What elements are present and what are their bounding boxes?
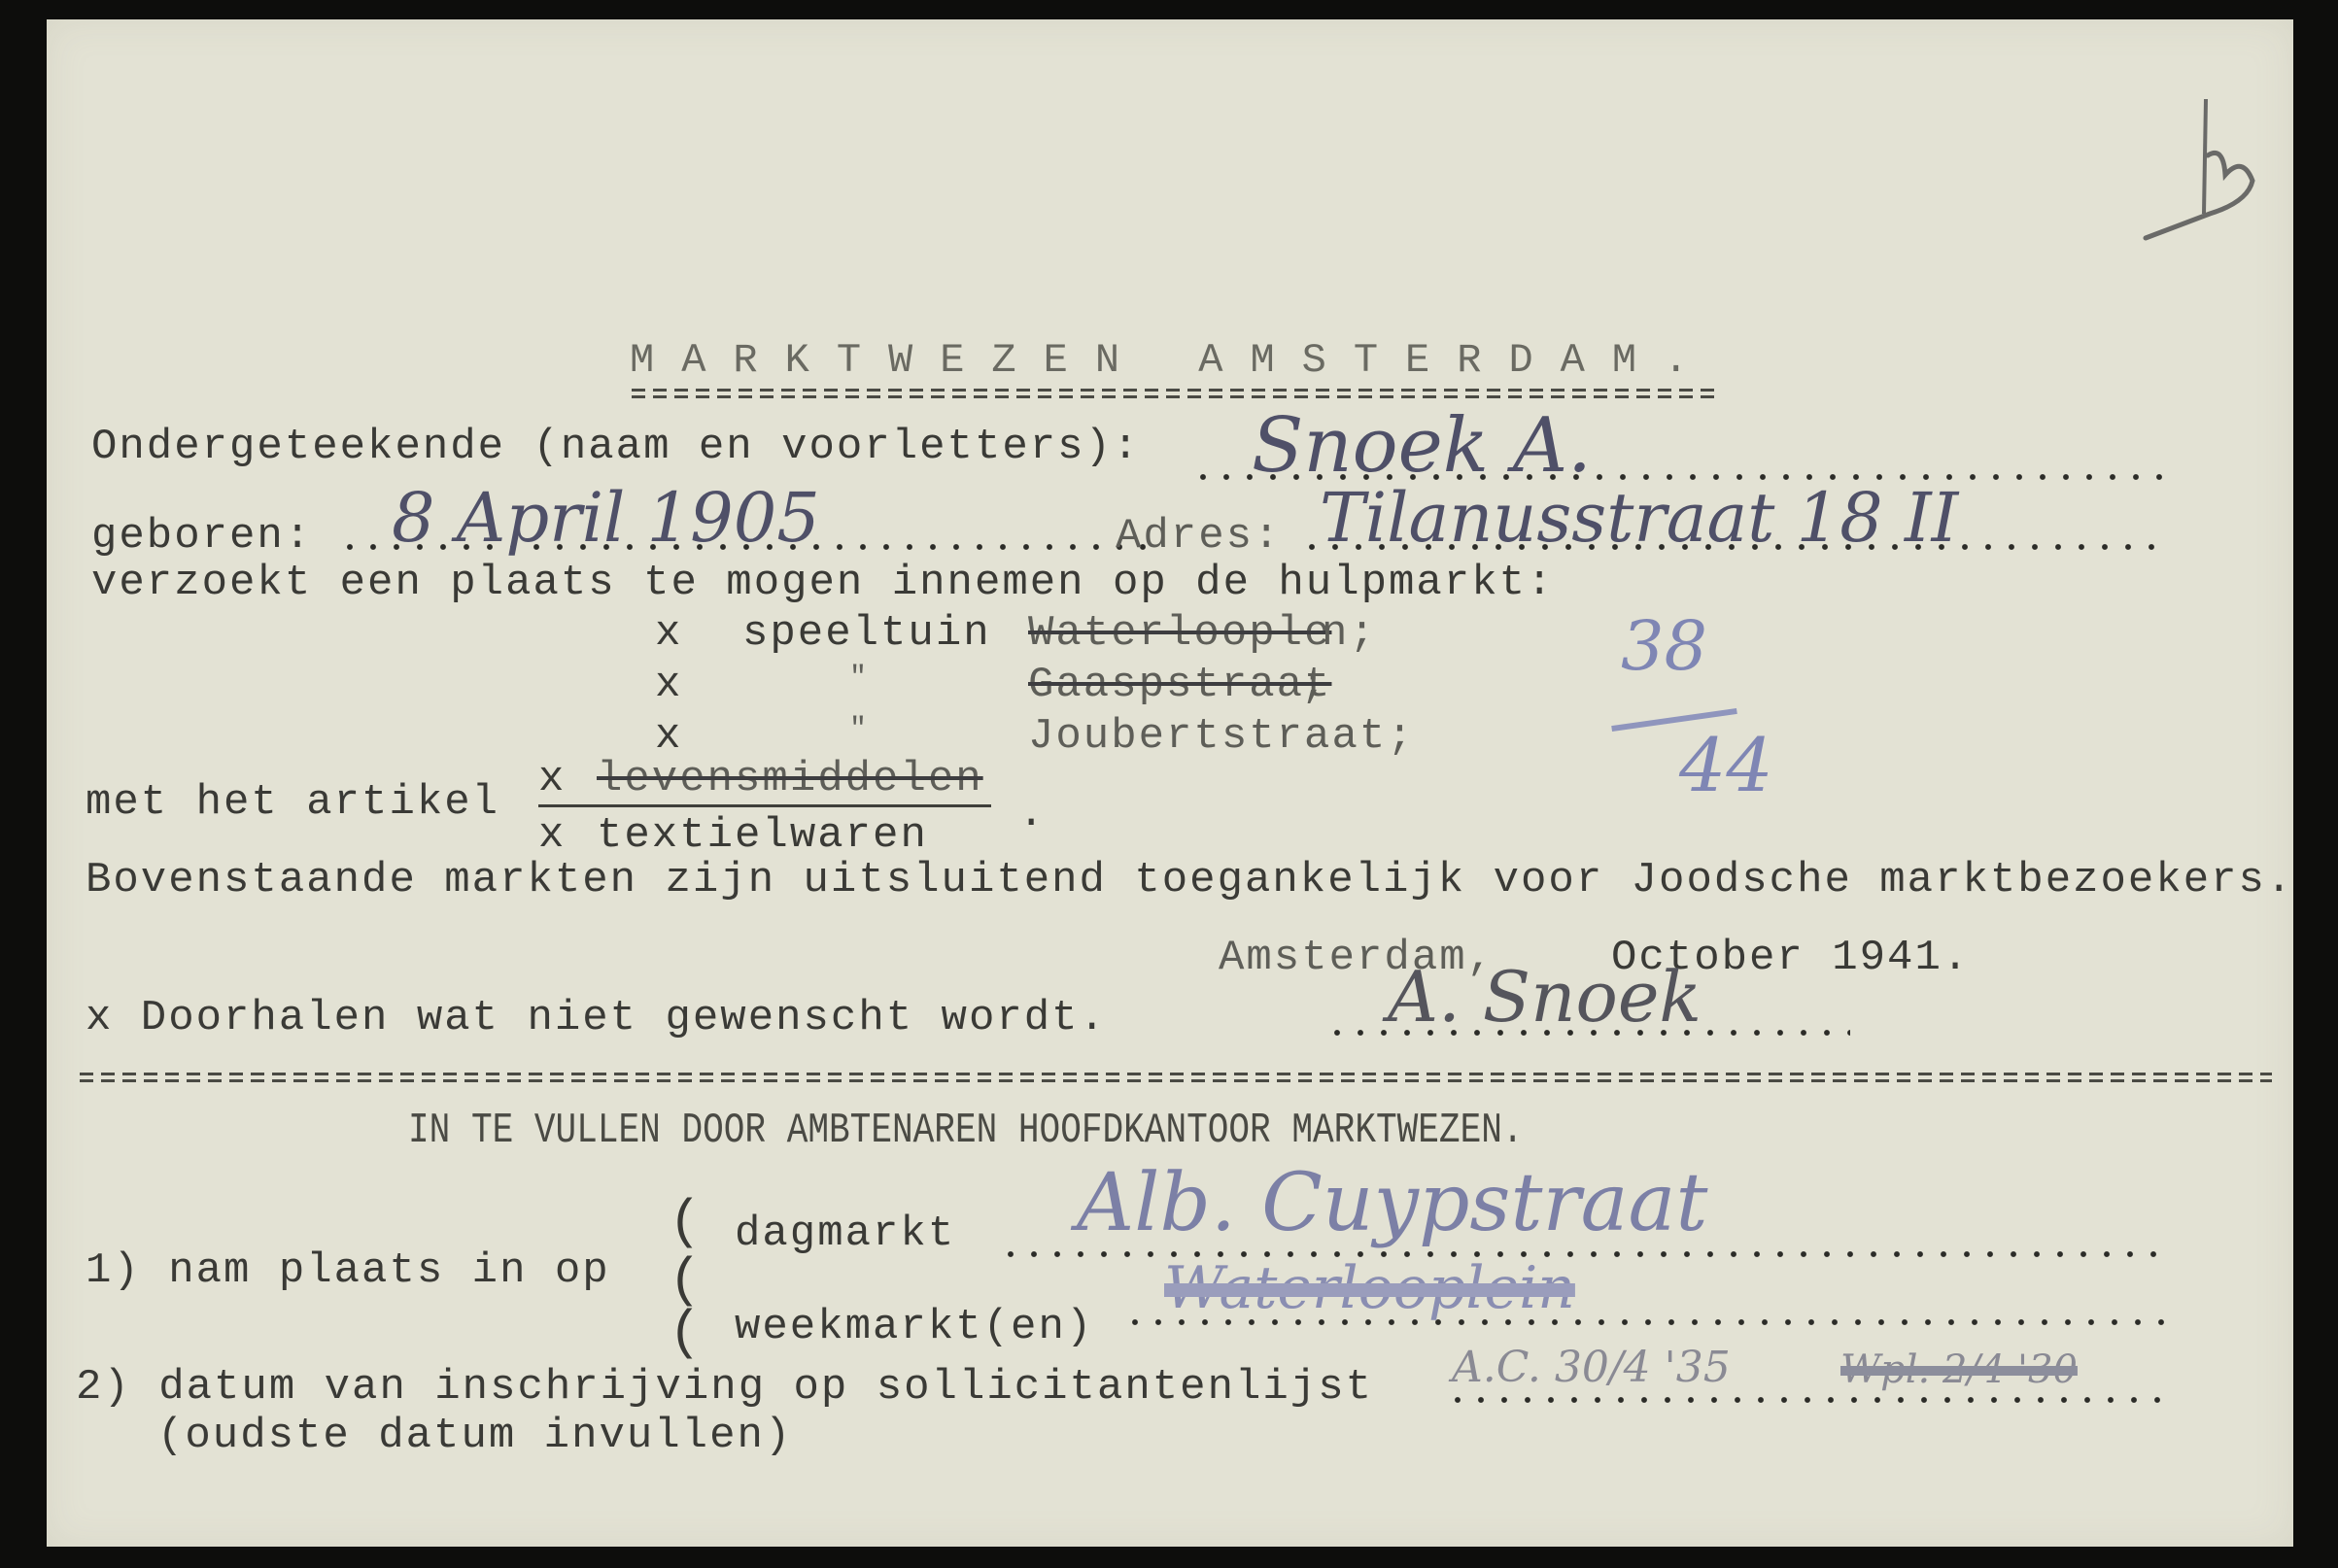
item2-sublabel: (oudste datum invullen) [157,1415,792,1457]
birth-label: geboren: [91,515,312,558]
name-value[interactable]: Snoek A. [1252,408,1592,484]
dagmarkt-value[interactable]: Alb. Cuypstraat [1077,1164,1707,1244]
address-label: Adres: [1116,515,1281,558]
item2-dotted-line [1446,1397,2165,1403]
article-option-mark[interactable]: x [538,814,566,857]
page-title: MARKTWEZEN AMSTERDAM. [630,340,1715,381]
market-application-card: MARKTWEZEN AMSTERDAM. Ondergeteekende (n… [47,19,2293,1547]
item1-label: 1) nam plaats in op [86,1249,610,1292]
section-divider [80,1071,2272,1084]
market-mark[interactable]: x [655,612,682,655]
signature[interactable]: A. Snoek [1388,962,1702,1032]
margin-note-bottom: 44 [1679,729,1773,802]
article-end: . [1018,793,1046,835]
birth-value[interactable]: 8 April 1905 [392,484,820,552]
margin-note-top: 38 [1621,612,1707,680]
title-underline [632,387,1718,400]
dagmarkt-label: dagmarkt [735,1212,955,1255]
ditto-mark: " [849,664,869,693]
notice-text: Bovenstaande markten zijn uitsluitend to… [86,859,2293,902]
official-section-header: IN TE VULLEN DOOR AMBTENAREN HOOFDKANTOO… [408,1109,1524,1152]
brace: ( [669,1191,702,1253]
handwritten-corner-mark-icon [2116,87,2272,243]
strike-instruction: x Doorhalen wat niet gewenscht wordt. [86,997,1107,1040]
article-option-selected: textielwaren [597,814,928,857]
market-suffix: n; [1322,612,1377,655]
brace: ( [669,1302,702,1364]
ditto-mark: " [849,715,869,744]
market-name: Joubertstraat; [1028,715,1415,758]
article-option-struck: levensmiddelen [597,758,983,801]
market-mark[interactable]: x [655,715,682,758]
market-name-struck: Gaaspstraat [1028,664,1331,706]
market-mark[interactable]: x [655,664,682,706]
article-option-mark[interactable]: x [538,758,566,801]
request-line: verzoekt een plaats te mogen innemen op … [91,562,1554,604]
article-divider [538,804,991,807]
market-name-struck: Waterloople [1028,612,1331,655]
market-suffix: ; [1300,664,1327,706]
item2-value-struck: Wpl. 2/4 '30 [1840,1350,2078,1389]
weekmarkt-label: weekmarkt(en) [735,1306,1093,1348]
item2-value[interactable]: A.C. 30/4 '35 [1452,1346,1731,1389]
name-label: Ondergeteekende (naam en voorletters): [91,426,1140,468]
article-label: met het artikel [86,781,499,824]
weekmarkt-value-struck[interactable]: Waterlooplein [1164,1259,1575,1317]
market-prefix: speeltuin [742,612,991,655]
address-value[interactable]: Tilanusstraat 18 II [1320,484,1958,552]
item2-label: 2) datum van inschrijving op sollicitant… [76,1366,1373,1409]
